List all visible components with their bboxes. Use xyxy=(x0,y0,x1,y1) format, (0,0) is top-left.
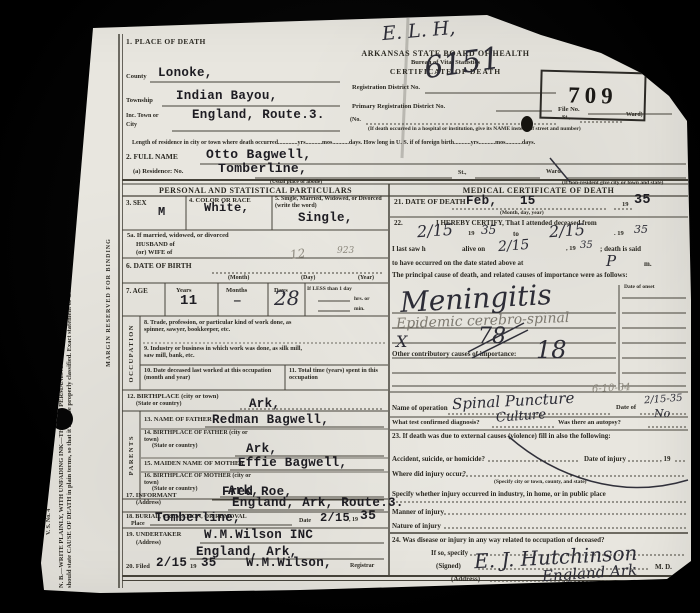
place-of-death-label: 1. PLACE OF DEATH xyxy=(126,38,206,47)
margin-binding-note: MARGIN RESERVED FOR BINDING xyxy=(106,150,112,455)
margin-form-number: V. S. No. 4 xyxy=(46,450,52,535)
husband-of-label: HUSBAND of xyxy=(136,241,175,249)
date-of-death-sublabel: (Month, day, year) xyxy=(500,210,544,216)
injury-year-prefix: , 19 xyxy=(660,455,671,463)
burial-place-value: Tomberline, xyxy=(155,511,241,525)
operation-date-handwriting: 2/15-35 xyxy=(644,393,683,407)
date-of-death-label: 21. DATE OF DEATH xyxy=(394,198,466,207)
undertaker-address-label: (Address) xyxy=(136,540,161,547)
age-months-sublabel: Months xyxy=(226,287,247,295)
age-less-than-day-label: If LESS than 1 day xyxy=(307,286,387,292)
occupation-item11-label: 11. Total time (years) spent in this occ… xyxy=(289,367,384,382)
certify-year2-prefix: . 19 xyxy=(614,230,624,238)
certify-number: 22. xyxy=(394,219,403,227)
abode-note: (Usual place of abode) xyxy=(270,179,322,185)
mother-name-value: Effie Bagwell, xyxy=(238,456,347,470)
contributory-causes-label: Other contributory causes of importance: xyxy=(392,350,516,358)
filed-year-prefix: 19 xyxy=(190,563,197,571)
date-of-death-day: 15 xyxy=(520,194,536,208)
operation-label: Name of operation xyxy=(392,404,448,412)
informant-address-value: England, Ark, Route.3. xyxy=(232,496,404,510)
birthplace-label: 12. BIRTHPLACE (city or town) xyxy=(127,393,219,401)
dob-day-handwriting: 12 xyxy=(289,246,306,262)
specify-injury-label: Specify whether injury occurred in indus… xyxy=(392,490,606,498)
occupation-relation-label: 24. Was disease or injury in any way rel… xyxy=(392,536,605,544)
burial-date-value: 2/15 xyxy=(320,511,350,525)
certificate-paper: V. S. No. 4 N. B.—WRITE PLAINLY, WITH UN… xyxy=(0,0,700,613)
time-of-death-handwriting: P xyxy=(606,252,616,270)
street-no-label: (No. xyxy=(350,117,361,124)
last-seen-date-handwriting: 2/15 xyxy=(497,237,529,255)
full-name-label: 2. FULL NAME xyxy=(126,153,178,162)
onset-date-handwriting: 6-10-34 xyxy=(592,382,631,395)
personal-column-header: PERSONAL AND STATISTICAL PARTICULARS xyxy=(122,186,389,195)
race-value: White, xyxy=(204,201,249,215)
residence-label: (a) Residence: No. xyxy=(133,168,183,176)
where-injury-sublabel: (Specify city or town, county, and state… xyxy=(494,479,586,485)
attended-to-handwriting: 2/15 xyxy=(548,220,585,241)
scan-background: V. S. No. 4 N. B.—WRITE PLAINLY, WITH UN… xyxy=(0,0,700,613)
city-label-line2: City xyxy=(126,122,137,129)
filed-year-value: 35 xyxy=(201,556,217,570)
ward-label: Ward) xyxy=(626,112,643,119)
undertaker-label: 19. UNDERTAKER xyxy=(126,531,181,539)
clerk-initials-handwriting: E. L. H, xyxy=(381,17,456,45)
date-of-death-year: 35 xyxy=(634,193,651,208)
informant-label: 17. INFORMANT xyxy=(126,492,177,500)
date-of-death-month: Feb, xyxy=(466,194,497,208)
physician-address-label: (Address) xyxy=(451,575,480,583)
father-name-label: 13. NAME OF FATHER xyxy=(144,416,212,424)
filed-date-value: 2/15 xyxy=(156,556,187,570)
full-name-value: Otto Bagwell, xyxy=(206,147,311,162)
township-value: Indian Bayou, xyxy=(176,89,277,103)
mother-name-label: 15. MAIDEN NAME OF MOTHER xyxy=(144,460,244,468)
file-no-label: File No. xyxy=(558,106,580,114)
birthplace-value: Ark, xyxy=(249,397,280,411)
occupation-item8-label: 8. Trade, profession, or particular kind… xyxy=(144,319,304,334)
county-value: Lonoke, xyxy=(158,66,213,80)
age-months-value: — xyxy=(234,296,241,308)
marital-label: 5. Single, Married, Widowed, or Divorced… xyxy=(275,196,385,210)
residence-st-label: St., xyxy=(458,170,466,177)
registrar-label: Registrar xyxy=(350,563,374,570)
signed-label: (Signed) xyxy=(436,562,461,570)
primary-district-label: Primary Registration District No. xyxy=(352,103,445,111)
marital-detail-label: 5a. If married, widowed, or divorced xyxy=(127,232,229,240)
certify-year1-handwriting: 35 xyxy=(481,223,496,237)
dob-day-sublabel: (Day) xyxy=(301,275,315,282)
attended-from-handwriting: 2/15 xyxy=(416,220,453,241)
age-days-handwriting: 28 xyxy=(274,286,299,310)
dob-month-sublabel: (Month) xyxy=(228,275,249,282)
street-label: St., xyxy=(562,115,570,122)
test-value-handwriting: Culture xyxy=(496,407,547,425)
certify-year1-prefix: 19 xyxy=(468,230,475,238)
cause-mark-x-handwriting: X xyxy=(396,332,407,351)
punch-hole-top xyxy=(53,192,75,214)
burial-year-value: 35 xyxy=(360,508,376,523)
father-name-value: Redman Bagwell, xyxy=(212,413,329,427)
county-label: County xyxy=(126,73,147,81)
burial-place-label: Place xyxy=(131,521,145,528)
date-of-birth-label: 6. DATE OF BIRTH xyxy=(126,262,192,271)
test-label: What test confirmed diagnosis? xyxy=(392,419,480,427)
last-seen-year-prefix: , 19 xyxy=(566,245,576,253)
punch-hole-bottom xyxy=(51,408,73,430)
age-years-value: 11 xyxy=(180,293,197,309)
certify-year2-handwriting: 35 xyxy=(634,223,648,236)
occupation-item9-label: 9. Industry or business in which work wa… xyxy=(144,345,304,360)
residence-ward-label: Ward xyxy=(546,169,561,176)
wife-of-label: (or) WIFE of xyxy=(136,249,172,257)
occurred-at-label: to have occurred on the date stated abov… xyxy=(392,259,523,267)
dob-year-sublabel: (Year) xyxy=(358,275,374,282)
where-injury-label: Where did injury occur? xyxy=(392,470,466,478)
burial-date-label: Date xyxy=(299,518,311,525)
birthplace-sublabel: (State or country) xyxy=(136,401,182,408)
filed-by-value: W.M.Wilson, xyxy=(246,556,332,570)
occupation-side-label: OCCUPATION xyxy=(123,317,139,389)
autopsy-value-handwriting: No xyxy=(654,407,670,420)
age-label: 7. AGE xyxy=(126,287,148,295)
occupation-item10-label: 10. Date deceased last worked at this oc… xyxy=(144,367,279,382)
meridian-label: m. xyxy=(644,260,652,268)
injury-date-label: Date of injury xyxy=(584,455,626,463)
hospital-note: (If death occurred in a hospital or inst… xyxy=(368,126,581,132)
burial-year-prefix: , 19 xyxy=(349,517,358,524)
age-hrs-label: hrs. or xyxy=(354,296,370,302)
registration-district-handwriting: 6151 xyxy=(422,41,502,86)
operation-date-label: Date of xyxy=(616,404,636,412)
father-birthplace-value: Ark, xyxy=(246,442,277,456)
occupation-side-label-text: OCCUPATION xyxy=(128,324,135,382)
registration-district-label: Registration District No. xyxy=(352,84,420,92)
father-birthplace-sublabel: (State or country) xyxy=(152,443,198,450)
autopsy-label: Was there an autopsy? xyxy=(558,419,621,427)
undertaker-value: W.M.Wilson INC xyxy=(204,528,313,542)
township-label: Township xyxy=(126,97,153,105)
dob-year-handwriting: 923 xyxy=(337,246,354,256)
accident-label: Accident, suicide, or homicide? xyxy=(392,455,485,463)
last-seen-year-handwriting: 35 xyxy=(580,240,593,251)
residence-value: Tomberline, xyxy=(218,161,307,176)
informant-address-label: (Address) xyxy=(136,500,161,507)
parents-side-label-text: PARENTS xyxy=(128,435,135,475)
date-of-onset-label: Date of onset xyxy=(624,284,655,290)
date-of-death-year-prefix: 19 xyxy=(622,201,629,209)
marital-value: Single, xyxy=(298,211,353,225)
last-saw-label: I last saw h xyxy=(392,245,426,253)
city-label-line1: Inc. Town or xyxy=(126,113,159,120)
alive-on-label: alive on xyxy=(462,245,485,253)
manner-of-injury-label: Manner of injury xyxy=(392,508,444,516)
cause-code-handwriting: 18 xyxy=(536,336,567,364)
city-value: England, Route.3. xyxy=(192,108,325,122)
age-min-label: min. xyxy=(354,306,365,312)
parents-side-label: PARENTS xyxy=(123,412,139,498)
filed-label: 20. Filed xyxy=(126,563,150,571)
margin-note: N. B.—WRITE PLAINLY, WITH UNFADING INK—T… xyxy=(58,32,74,588)
sex-label: 3. SEX xyxy=(126,199,147,207)
md-label: M. D. xyxy=(655,563,672,571)
external-causes-label: 23. If death was due to external causes … xyxy=(392,432,684,440)
sex-value: M xyxy=(158,205,166,219)
cause-code-struck-handwriting: 78 xyxy=(478,324,506,349)
if-so-specify-label: If so, specify xyxy=(431,549,468,557)
nature-of-injury-label: Nature of injury xyxy=(392,522,441,530)
